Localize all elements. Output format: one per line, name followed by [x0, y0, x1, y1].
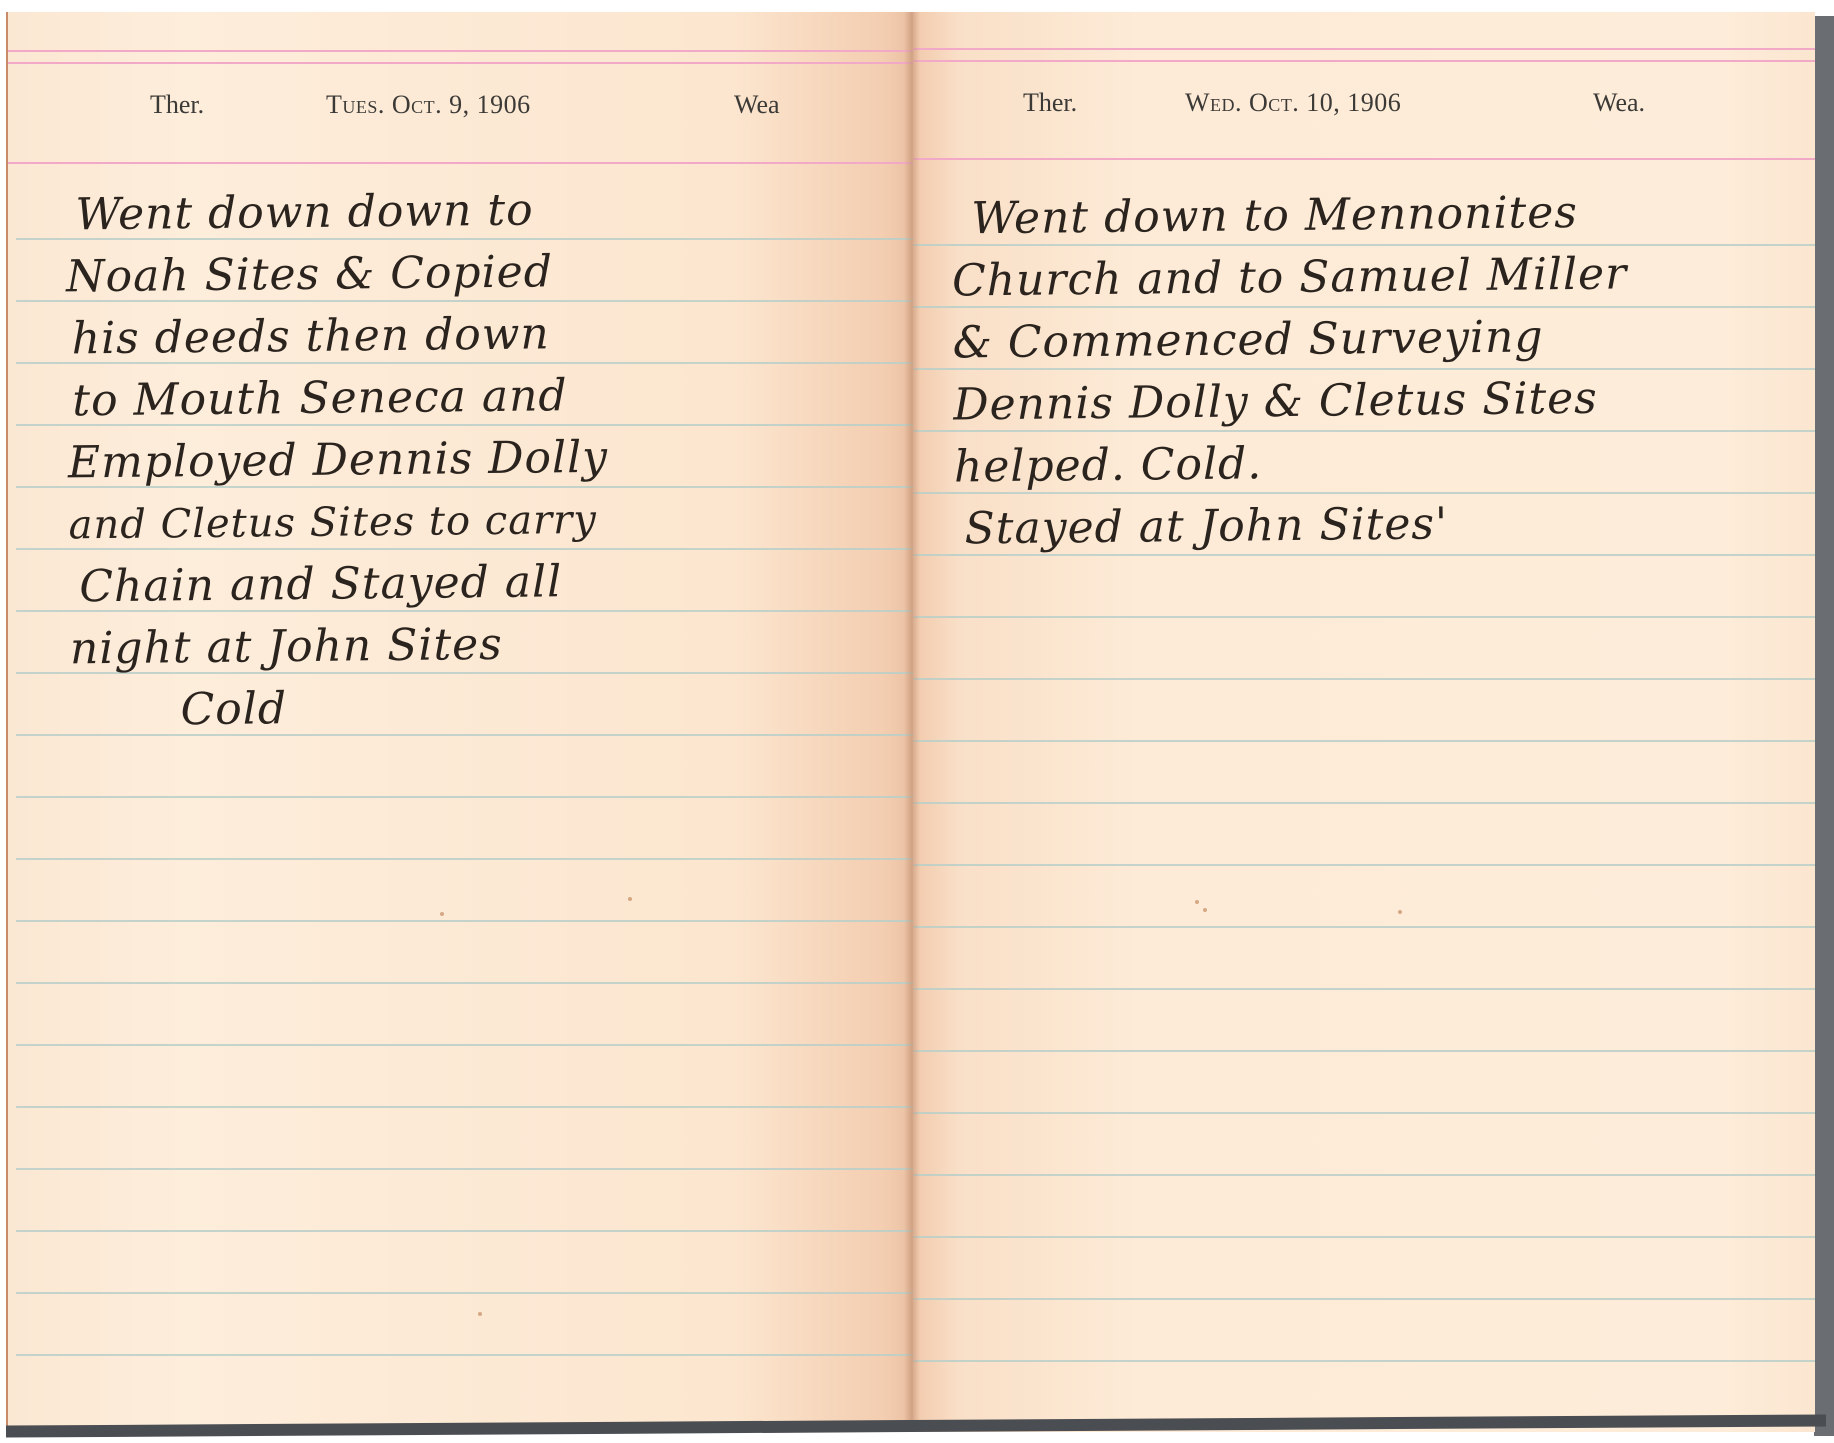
ruled-line: [16, 1354, 913, 1356]
ruled-line: [913, 1112, 1815, 1114]
diary-spread: Ther. Tues. Oct. 9, 1906 Wea Went down d…: [6, 12, 1814, 1432]
entry-line: Church and to Samuel Miller: [952, 241, 1815, 312]
entry-line: Noah Sites & Copied: [66, 238, 912, 309]
book-cover-edge-right: [1814, 16, 1834, 1436]
page-date: Wed. Oct. 10, 1906: [1185, 88, 1401, 118]
ruled-line: [913, 988, 1815, 990]
thermometer-label: Ther.: [1023, 88, 1077, 118]
ruled-line: [913, 1236, 1815, 1238]
ink-stain: [440, 912, 444, 916]
header-rule-top-2: [8, 62, 913, 64]
entry-line: Employed Dennis Dolly: [68, 424, 913, 495]
ruled-line: [16, 920, 913, 922]
ruled-line: [913, 864, 1815, 866]
ink-stain: [628, 897, 632, 901]
ruled-line: [16, 1292, 913, 1294]
entry-line: and Cletus Sites to carry: [68, 486, 913, 557]
ink-stain: [478, 1312, 482, 1316]
entry-line: Chain and Stayed all: [69, 548, 913, 619]
left-page-header: Ther. Tues. Oct. 9, 1906 Wea: [8, 90, 913, 130]
right-page-entry: Went down to Mennonites Church and to Sa…: [951, 179, 1815, 560]
header-rule-top-1: [913, 48, 1815, 50]
ruled-line: [16, 858, 913, 860]
ink-stain: [1398, 910, 1402, 914]
ruled-line: [913, 616, 1815, 618]
left-page: Ther. Tues. Oct. 9, 1906 Wea Went down d…: [6, 12, 913, 1432]
ruled-line: [913, 802, 1815, 804]
ruled-line: [16, 1044, 913, 1046]
ruled-line: [16, 796, 913, 798]
ink-stain: [1203, 908, 1207, 912]
ruled-line: [16, 982, 913, 984]
book-gutter: [904, 12, 920, 1432]
entry-line: Cold: [70, 672, 913, 743]
ruled-line: [16, 1106, 913, 1108]
weather-label: Wea.: [1593, 88, 1645, 118]
ruled-line: [913, 1174, 1815, 1176]
ruled-line: [913, 1050, 1815, 1052]
header-rule-top-1: [8, 50, 913, 52]
entry-line: Dennis Dolly & Cletus Sites: [953, 365, 1815, 436]
ruled-line: [913, 678, 1815, 680]
entry-line: Went down to Mennonites: [951, 179, 1814, 250]
ink-stain: [1195, 900, 1199, 904]
ruled-line: [913, 740, 1815, 742]
ruled-line: [913, 926, 1815, 928]
header-rule-bottom: [8, 162, 913, 164]
entry-line: & Commenced Surveying: [952, 303, 1815, 374]
entry-line: his deeds then down: [66, 300, 912, 371]
header-rule-top-2: [913, 60, 1815, 62]
right-page: Ther. Wed. Oct. 10, 1906 Wea. Went down …: [913, 12, 1815, 1432]
thermometer-label: Ther.: [150, 90, 204, 120]
entry-line: helped. Cold.: [954, 427, 1815, 498]
header-rule-bottom: [913, 158, 1815, 160]
ruled-line: [16, 1168, 913, 1170]
entry-line: night at John Sites: [70, 610, 913, 681]
ruled-line: [16, 1230, 913, 1232]
ruled-line: [913, 1298, 1815, 1300]
page-date: Tues. Oct. 9, 1906: [326, 90, 531, 120]
right-page-header: Ther. Wed. Oct. 10, 1906 Wea.: [913, 88, 1815, 128]
entry-line: Stayed at John Sites': [954, 489, 1815, 560]
entry-line: Went down down to: [65, 176, 911, 247]
weather-label: Wea: [734, 90, 780, 120]
ruled-line: [913, 1360, 1815, 1362]
left-page-entry: Went down down to Noah Sites & Copied hi…: [65, 176, 913, 743]
entry-line: to Mouth Seneca and: [67, 362, 913, 433]
